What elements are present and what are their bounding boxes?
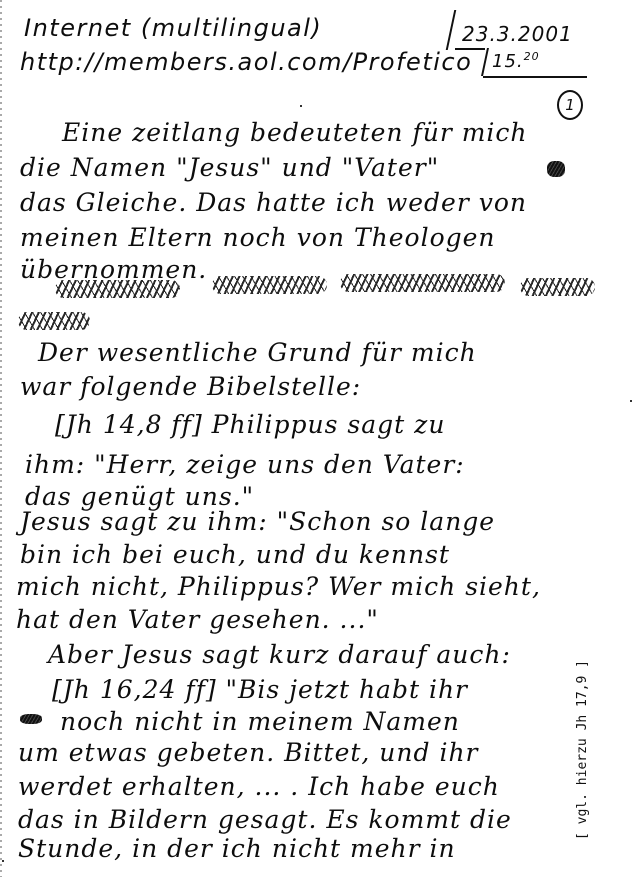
- header-url: http://members.aol.com/Profetico: [20, 48, 472, 76]
- body-line: war folgende Bibelstelle:: [20, 372, 361, 401]
- body-line: Aber Jesus sagt kurz darauf auch:: [48, 640, 511, 669]
- body-line: [Jh 16,24 ff] "Bis jetzt habt ihr: [52, 675, 468, 704]
- body-line: werdet erhalten, ... . Ich habe euch: [18, 772, 500, 801]
- date-bracket-mid: [455, 48, 485, 50]
- ink-blot: [20, 714, 42, 724]
- margin-note: [ vgl. hierzu Jh 17,9 ]: [575, 660, 590, 840]
- ink-blot: [547, 161, 565, 177]
- scribble: [18, 312, 90, 330]
- body-line: Eine zeitlang bedeuteten für mich: [62, 118, 528, 147]
- body-line: Jesus sagt zu ihm: "Schon so lange: [20, 507, 495, 536]
- scribble: [340, 274, 505, 292]
- scan-speckle: [630, 400, 632, 402]
- page-number: 1: [557, 90, 583, 120]
- body-line: das in Bildern gesagt. Es kommt die: [18, 805, 512, 834]
- body-line: [Jh 14,8 ff] Philippus sagt zu: [55, 410, 445, 439]
- scribble: [212, 276, 327, 294]
- body-line: Stunde, in der ich nicht mehr in: [18, 834, 456, 863]
- scan-edge: [0, 0, 2, 877]
- body-line: bin ich bei euch, und du kennst: [20, 540, 450, 569]
- date-bracket-left: [446, 10, 457, 50]
- scribble: [55, 280, 180, 298]
- body-line: hat den Vater gesehen. ...": [16, 605, 379, 634]
- header-title: Internet (multilingual): [24, 14, 322, 42]
- body-line: meinen Eltern noch von Theologen: [20, 223, 496, 252]
- body-line: um etwas gebeten. Bittet, und ihr: [18, 738, 479, 767]
- body-line: Der wesentliche Grund für mich: [38, 338, 477, 367]
- scanned-handwritten-page: Internet (multilingual) http://members.a…: [0, 0, 638, 877]
- header-date: 23.3.2001: [462, 22, 573, 46]
- scribble: [520, 278, 595, 296]
- body-line: mich nicht, Philippus? Wer mich sieht,: [16, 572, 541, 601]
- body-line: noch nicht in meinem Namen: [60, 707, 460, 736]
- scan-speckle: [2, 860, 4, 862]
- body-line: ihm: "Herr, zeige uns den Vater:: [25, 450, 465, 479]
- date-underline: [483, 76, 587, 78]
- body-line: das Gleiche. Das hatte ich weder von: [20, 188, 527, 217]
- body-line: die Namen "Jesus" und "Vater": [20, 153, 439, 182]
- scan-speckle: [300, 105, 302, 107]
- header-time: 15.20: [492, 50, 540, 72]
- date-bracket-low: [481, 48, 489, 76]
